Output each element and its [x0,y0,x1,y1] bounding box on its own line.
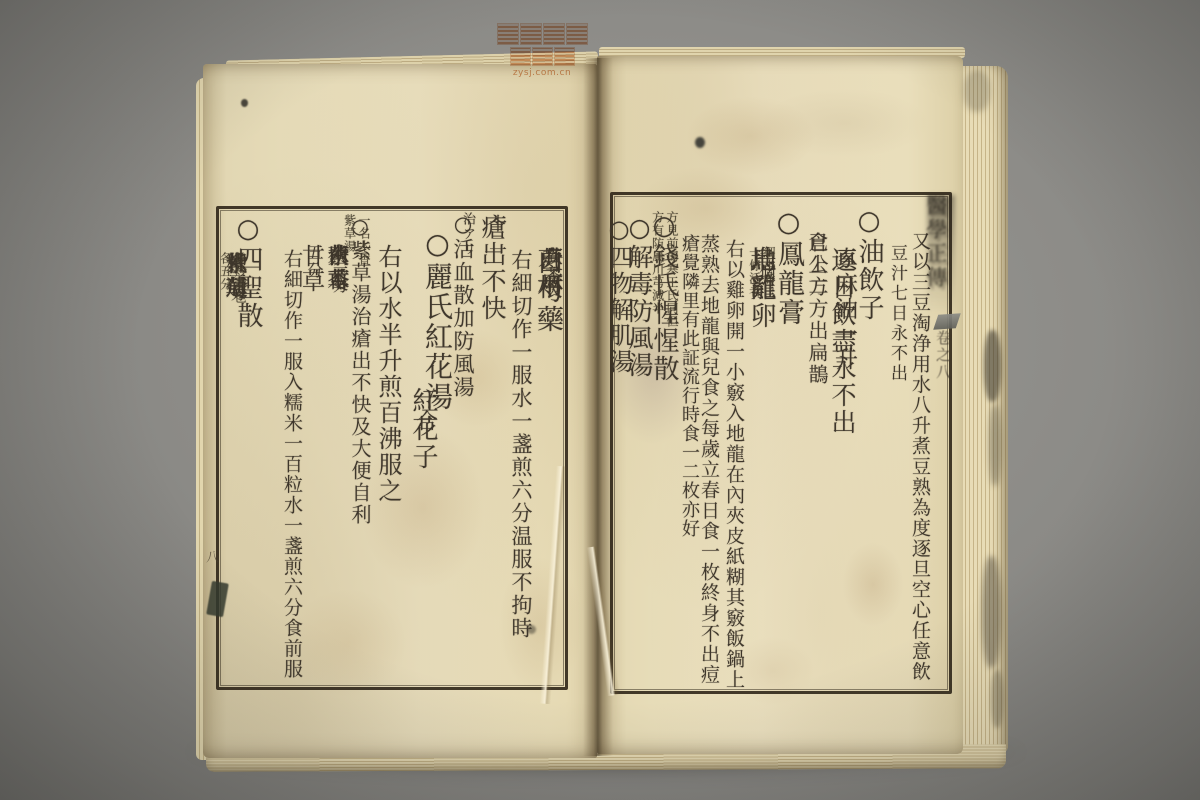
text-segment: 右細切作一服入糯米一百粒水一盞煎六分食前服 [281,249,302,680]
right-page-text: 又以三豆淘浄用水八升煮豆熟為度逐旦空心任意飲豆汁七日永不出○油飲子真麻油一升逐日… [613,197,946,691]
text-segment: ○鳳龍膏 [774,207,803,327]
text-segment: ○麗氏紅花湯 [422,227,452,412]
watermark-glyph-row [489,48,595,65]
watermark-glyph [555,48,574,65]
page-stack-edge-right [958,66,1008,754]
text-segment: 十二 [487,214,506,254]
note-line: 各五分 [218,252,231,304]
text-segment: 瘡覺隣里有此証流行時食一二枚亦好 [680,234,699,538]
ink-spot [241,99,248,107]
watermark: zysj.com.cn [489,24,595,78]
text-segment: 蒸熟去地龍與兒食之每歲立春日食一枚終身不出痘 [698,234,719,685]
note-line: 方見前傷寒王氏同但 [665,211,678,328]
text-segment: 一合 [414,387,437,433]
ink-smudge [927,195,955,315]
text-segment: 各二分 [546,247,562,298]
edge-folio-mark: 八 [201,550,220,563]
watermark-glyph [544,24,564,44]
watermark-glyph-row [489,24,595,44]
text-segment: 各一匁 [332,244,348,295]
inline-double-note: 細小者一條活者 [747,246,775,298]
note-line: 麩炒黄色 [233,252,246,304]
watermark-glyph [533,48,552,65]
text-segment: 右細切作一服水一盞煎六分温服不拘時 [509,249,532,640]
note-line: 細小者 [762,246,775,298]
text-segment: 倉公方 [805,232,827,298]
photo-stage: 白芍藥茯苓升麻葛根各二分右細切作一服水一盞煎六分温服不拘時瘡出不快十二○活血散加… [0,0,1200,800]
text-segment: 右以水半升煎百沸服之 [374,244,400,504]
edge-ink-smudge [989,404,1001,486]
note-line: 一條活者 [747,246,760,298]
watermark-url: zysj.com.cn [489,68,595,78]
text-segment: 逐日飲盡永不出 [829,247,856,436]
watermark-glyph [511,48,530,65]
text-segment: 五分 [306,244,323,280]
inline-double-note: 麩炒黄色各五分 [218,252,246,304]
text-segment: 治アリ [460,212,474,257]
edge-ink-smudge [964,70,990,112]
watermark-glyph [567,24,587,44]
watermark-glyph [498,24,518,44]
edge-ink-smudge [991,670,1003,728]
ink-spot [695,137,705,148]
left-page-text: 白芍藥茯苓升麻葛根各二分右細切作一服水一盞煎六分温服不拘時瘡出不快十二○活血散加… [219,211,564,687]
watermark-glyph [521,24,541,44]
text-segment: ○四物解肌湯 [605,215,631,375]
edge-ink-smudge [982,556,1001,668]
edge-ink-smudge [984,330,1001,402]
inline-double-note: 方見前傷寒王氏同但方有防風川芎減半 [650,211,678,328]
text-segment: 右以雞卵開一小竅入地龍在內夾皮紙糊其竅飯鍋上 [723,239,744,690]
stain [760,88,930,158]
volume-label: 卷之八 [933,330,954,381]
note-line: 一名木香 [357,214,370,266]
text-segment: ○油飲子 [855,206,883,322]
text-segment: 豆汁七日永不出 [888,244,906,384]
